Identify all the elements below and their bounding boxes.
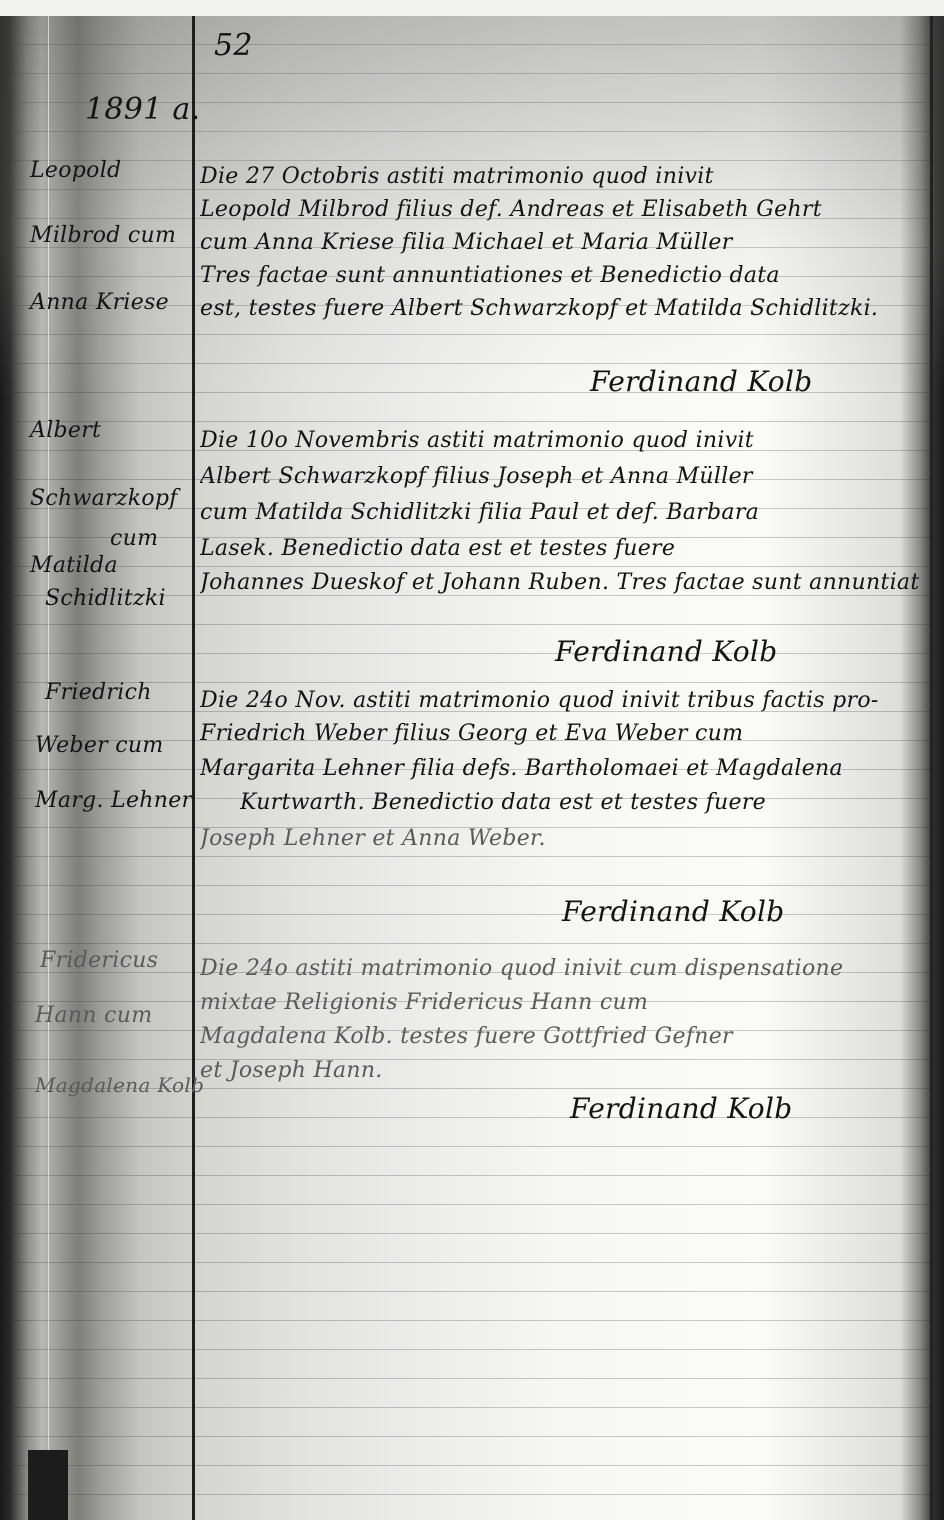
entry-text-line: est, testes fuere Albert Schwarzkopf et … [200, 298, 920, 320]
entry-text-line: cum Matilda Schidlitzki filia Paul et de… [200, 502, 920, 524]
entry-text-line: Friedrich Weber filius Georg et Eva Webe… [200, 723, 920, 745]
binding-shadow [28, 1450, 68, 1520]
entry-text-line: Die 24o astiti matrimonio quod inivit cu… [200, 958, 920, 980]
margin-name: Fridericus [40, 950, 208, 972]
margin-name: Marg. Lehner [35, 790, 203, 812]
entry-text-line: Kurtwarth. Benedictio data est et testes… [240, 792, 944, 814]
entry-text-line: Tres factae sunt annuntiationes et Bened… [200, 265, 920, 287]
entry-text-line: Lasek. Benedictio data est et testes fue… [200, 538, 920, 560]
entry-text-line: Albert Schwarzkopf filius Joseph et Anna… [200, 466, 920, 488]
margin-name: Anna Kriese [30, 292, 198, 314]
year-heading: 1891 a. [85, 92, 200, 127]
margin-name: Hann cum [35, 1005, 203, 1027]
margin-name: Weber cum [35, 735, 203, 757]
margin-name: Schidlitzki [45, 588, 213, 610]
priest-signature: Ferdinand Kolb [562, 895, 784, 928]
entry-text-line: Die 10o Novembris astiti matrimonio quod… [200, 430, 920, 452]
entry-text-line: Die 27 Octobris astiti matrimonio quod i… [200, 166, 920, 188]
page-edge [930, 16, 933, 1520]
entry-text-line: Die 24o Nov. astiti matrimonio quod iniv… [200, 690, 920, 712]
entry-text-line: Magdalena Kolb. testes fuere Gottfried G… [200, 1026, 920, 1048]
margin-name: Friedrich [45, 682, 213, 704]
margin-name: Milbrod cum [30, 225, 198, 247]
entry-text-line: cum Anna Kriese filia Michael et Maria M… [200, 232, 920, 254]
margin-name: Albert [30, 420, 198, 442]
entry-text-line: mixtae Religionis Fridericus Hann cum [200, 992, 920, 1014]
priest-signature: Ferdinand Kolb [570, 1092, 792, 1125]
entry-text-line: et Joseph Hann. [200, 1060, 920, 1082]
folio-number: 52 [214, 28, 253, 63]
priest-signature: Ferdinand Kolb [555, 635, 777, 668]
priest-signature: Ferdinand Kolb [590, 365, 812, 398]
margin-name: Leopold [30, 160, 198, 182]
margin-name: Schwarzkopf [30, 488, 198, 510]
entry-text-line: Joseph Lehner et Anna Weber. [200, 828, 920, 850]
margin-name: Magdalena Kolb [35, 1075, 203, 1095]
entry-text-line: Leopold Milbrod filius def. Andreas et E… [200, 199, 920, 221]
margin-name: Matilda [30, 555, 198, 577]
entry-text-line: Margarita Lehner filia defs. Bartholomae… [200, 758, 920, 780]
entry-text-line: Johannes Dueskof et Johann Ruben. Tres f… [200, 572, 920, 594]
